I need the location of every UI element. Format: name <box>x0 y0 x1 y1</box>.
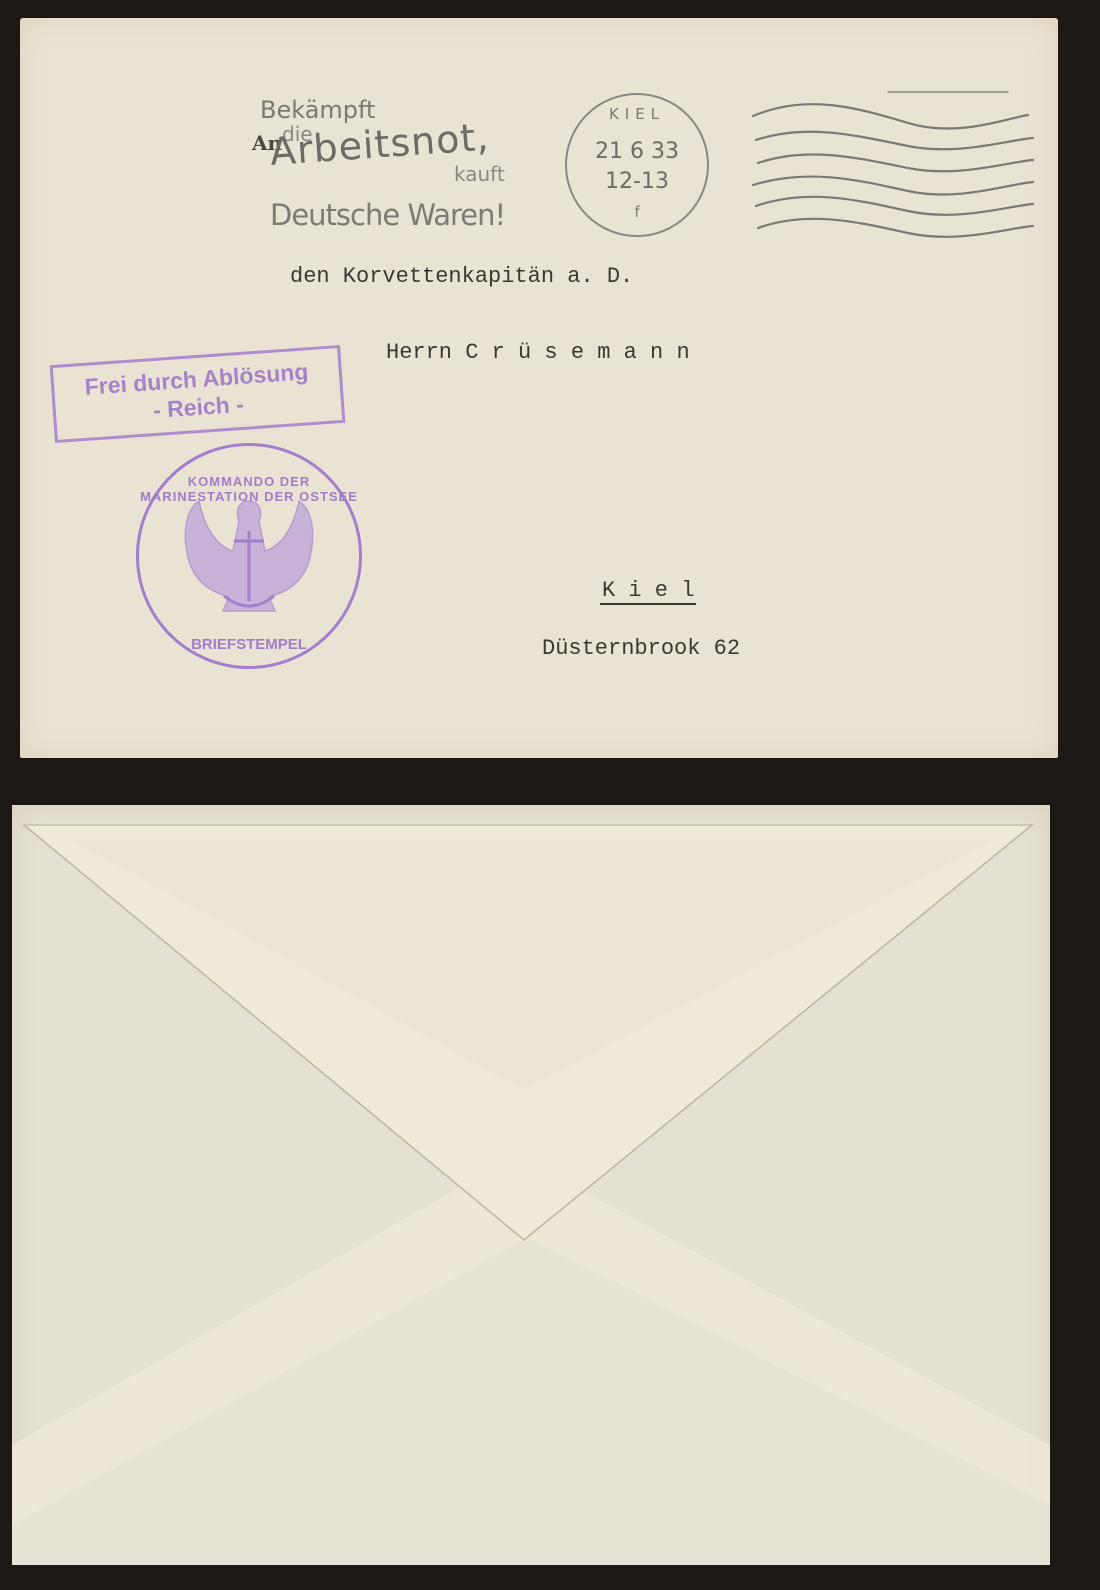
slogan-line-4: kauft <box>454 162 505 186</box>
seal-ring-text: KOMMANDO DER MARINESTATION DER OSTSEE <box>139 474 359 504</box>
address-street: Düsternbrook 62 <box>542 636 740 661</box>
frank-stamp: Frei durch Ablösung - Reich - <box>50 345 346 443</box>
wavy-cancel-lines <box>748 88 1058 238</box>
naval-seal-stamp: KOMMANDO DER MARINESTATION DER OSTSEE BR… <box>136 443 362 669</box>
slogan-line-1: Bekämpft <box>260 96 375 124</box>
kiel-postmark: KIEL 21 6 33 12-13 f <box>565 93 709 237</box>
envelope-front: Bekämpft die An Arbeitsnot, kauft Deutsc… <box>20 18 1058 758</box>
address-line-1: den Korvettenkapitän a. D. <box>290 264 633 289</box>
slogan-line-5: Deutsche Waren! <box>270 198 505 232</box>
postmark-letter: f <box>567 203 707 221</box>
postmark-city: KIEL <box>567 105 707 123</box>
envelope-flaps <box>12 805 1050 1565</box>
postmark-date: 21 6 33 <box>567 139 707 164</box>
address-line-2: Herrn C r ü s e m a n n <box>386 340 690 365</box>
address-city: K i e l <box>600 578 696 605</box>
envelope-back <box>12 805 1050 1565</box>
seal-bottom-text: BRIEFSTEMPEL <box>139 636 359 653</box>
postmark-time: 12-13 <box>567 169 707 194</box>
